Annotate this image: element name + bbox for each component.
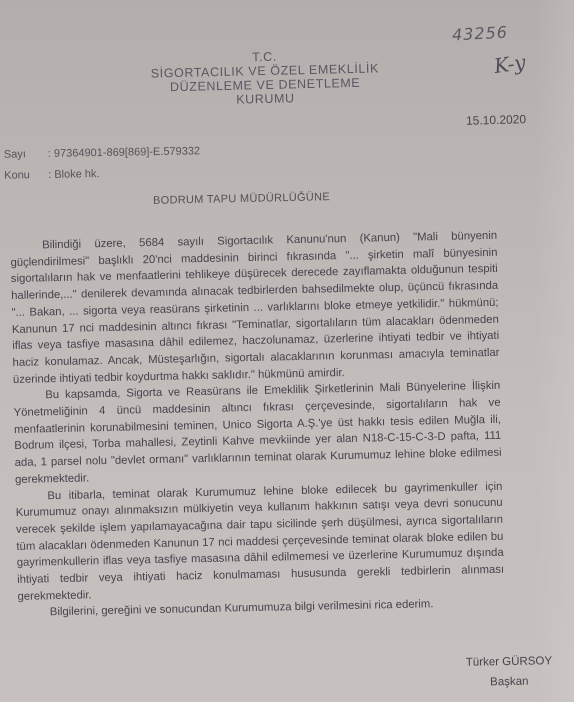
letter-body: Bilindiği üzere, 5684 sayılı Sigortacılı… [10,228,505,622]
document-meta: Sayı : 97364901-869[869]-E.579332 Konu :… [4,141,201,186]
body-paragraph: Bu kapsamda, Sigorta ve Reasürans ile Em… [13,378,502,488]
body-paragraph: Bilindiği üzere, 5684 sayılı Sigortacılı… [10,228,500,388]
meta-row-sayi: Sayı : 97364901-869[869]-E.579332 [4,141,201,165]
konu-value: : Bloke hk. [48,164,100,186]
signatory-title: Başkan [466,671,553,693]
handwritten-registry-number: 43256 [452,23,509,45]
header-line-institution-2: DÜZENLEME VE DENETLEME KURUMU [150,75,381,108]
body-paragraph: Bu itibarla, teminat olarak Kurumumuz le… [15,478,504,605]
institution-header: T.C. SİGORTACILIK VE ÖZEL EMEKLİLİK DÜZE… [149,47,380,108]
paper-shading [534,0,574,702]
handwritten-initials: K-y [492,50,527,78]
sayi-value: : 97364901-869[869]-E.579332 [48,141,201,165]
scanned-letter-page: T.C. SİGORTACILIK VE ÖZEL EMEKLİLİK DÜZE… [0,0,574,702]
signatory-name: Türker GÜRSOY [466,651,553,673]
document-date: 15.10.2020 [466,112,526,128]
sayi-label: Sayı [4,144,48,166]
signature-block: Türker GÜRSOY Başkan [466,651,553,692]
meta-row-konu: Konu : Bloke hk. [4,162,201,186]
konu-label: Konu [4,165,48,187]
addressee: BODRUM TAPU MÜDÜRLÜĞÜNE [153,191,330,207]
